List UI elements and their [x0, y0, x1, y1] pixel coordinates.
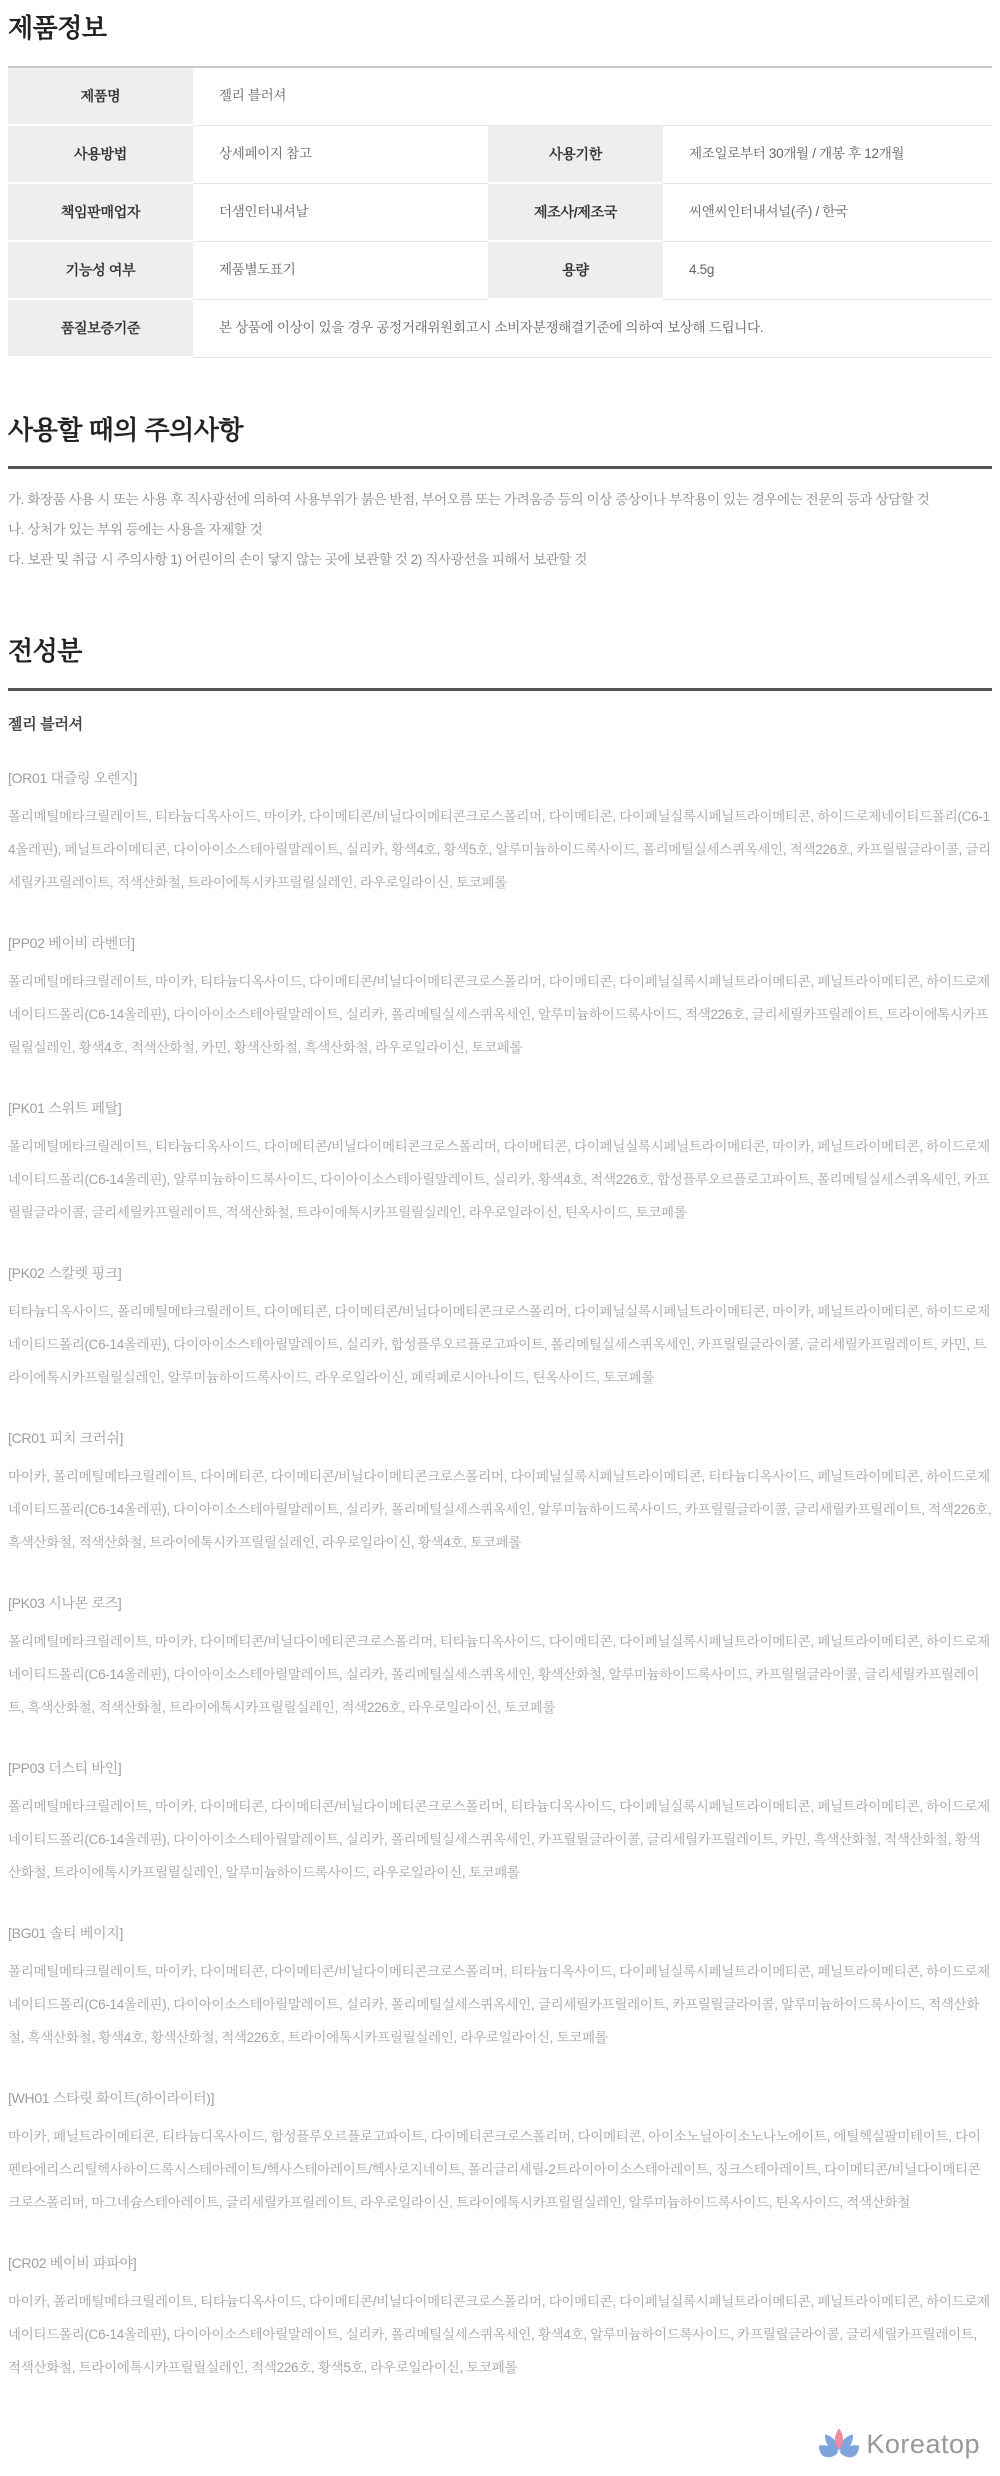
shade-ingredients: 폴리메틸메타크릴레이트, 마이카, 다이메티콘/비닐다이메티콘크로스폴리머, 티… — [8, 1625, 992, 1724]
shade-name: [PK03 시나몬 로즈] — [8, 1593, 992, 1613]
footer: Koreatop — [8, 2384, 992, 2476]
shade-name: [BG01 솔티 베이지] — [8, 1923, 992, 1943]
shade-block-cr01: [CR01 피치 크러쉬] 마이카, 폴리메틸메타크릴레이트, 다이메티콘, 다… — [8, 1428, 992, 1559]
ingredients-product-name: 젤리 블러셔 — [8, 713, 992, 734]
caution-text-block: 가. 화장품 사용 시 또는 사용 후 직사광선에 의하여 사용부위가 붉은 반… — [8, 485, 992, 575]
caution-line-2: 나. 상처가 있는 부위 등에는 사용을 자제할 것 — [8, 515, 992, 545]
shade-name: [CR01 피치 크러쉬] — [8, 1428, 992, 1448]
shade-block-pk03: [PK03 시나몬 로즈] 폴리메틸메타크릴레이트, 마이카, 다이메티콘/비닐… — [8, 1593, 992, 1724]
table-row-usage: 사용방법 상세페이지 참고 사용기한 제조일로부터 30개월 / 개봉 후 12… — [8, 126, 992, 184]
shade-block-wh01: [WH01 스타릿 화이트(하이라이터)] 마이카, 페닐트라이메티콘, 티타늄… — [8, 2088, 992, 2219]
table-row-warranty: 품질보증기준 본 상품에 이상이 있을 경우 공정거래위원회고시 소비자분쟁해결… — [8, 300, 992, 358]
row-value: 더샘인터내셔날 — [193, 184, 488, 242]
row-label: 제조사/제조국 — [488, 184, 663, 242]
shade-ingredients: 마이카, 폴리메틸메타크릴레이트, 다이메티콘, 다이메티콘/비닐다이메티콘크로… — [8, 1460, 992, 1559]
row-label: 사용기한 — [488, 126, 663, 184]
shade-ingredients: 폴리메틸메타크릴레이트, 마이카, 다이메티콘, 다이메티콘/비닐다이메티콘크로… — [8, 1955, 992, 2054]
section-divider — [8, 466, 992, 469]
row-label: 용량 — [488, 242, 663, 300]
shade-ingredients: 마이카, 폴리메틸메타크릴레이트, 티타늄디옥사이드, 다이메티콘/비닐다이메티… — [8, 2285, 992, 2384]
ingredients-title: 전성분 — [8, 635, 992, 669]
row-label: 책임판매업자 — [8, 184, 193, 242]
caution-title: 사용할 때의 주의사항 — [8, 414, 992, 448]
shade-ingredients: 폴리메틸메타크릴레이트, 티타늄디옥사이드, 마이카, 다이메티콘/비닐다이메티… — [8, 800, 992, 899]
shade-block-bg01: [BG01 솔티 베이지] 폴리메틸메타크릴레이트, 마이카, 다이메티콘, 다… — [8, 1923, 992, 2054]
row-value: 제품별도표기 — [193, 242, 488, 300]
brand-wordmark: Koreatop — [866, 2431, 980, 2458]
shade-block-or01: [OR01 대즐링 오렌지] 폴리메틸메타크릴레이트, 티타늄디옥사이드, 마이… — [8, 768, 992, 899]
lotus-logo-icon — [818, 2426, 860, 2462]
shade-block-pp02: [PP02 베이비 라벤더] 폴리메틸메타크릴레이트, 마이카, 티타늄디옥사이… — [8, 933, 992, 1064]
table-row-functional: 기능성 여부 제품별도표기 용량 4.5g — [8, 242, 992, 300]
shade-name: [CR02 베이비 파파야] — [8, 2253, 992, 2273]
shade-ingredients: 마이카, 페닐트라이메티콘, 티타늄디옥사이드, 합성플루오르플로고파이트, 다… — [8, 2120, 992, 2219]
shade-name: [PP03 더스티 바인] — [8, 1758, 992, 1778]
shade-ingredients: 폴리메틸메타크릴레이트, 티타늄디옥사이드, 다이메티콘/비닐다이메티콘크로스폴… — [8, 1130, 992, 1229]
row-label: 사용방법 — [8, 126, 193, 184]
product-detail-page: 제품정보 제품명 젤리 블러셔 사용방법 상세페이지 참고 사용기한 제조일로부… — [0, 0, 1000, 2476]
shade-name: [OR01 대즐링 오렌지] — [8, 768, 992, 788]
product-info-table: 제품명 젤리 블러셔 사용방법 상세페이지 참고 사용기한 제조일로부터 30개… — [8, 66, 992, 358]
ingredients-section: 전성분 젤리 블러셔 [OR01 대즐링 오렌지] 폴리메틸메타크릴레이트, 티… — [8, 635, 992, 2385]
shade-block-pp03: [PP03 더스티 바인] 폴리메틸메타크릴레이트, 마이카, 다이메티콘, 다… — [8, 1758, 992, 1889]
table-row-product-name: 제품명 젤리 블러셔 — [8, 68, 992, 126]
caution-section: 사용할 때의 주의사항 가. 화장품 사용 시 또는 사용 후 직사광선에 의하… — [8, 414, 992, 575]
row-value: 상세페이지 참고 — [193, 126, 488, 184]
shade-block-pk02: [PK02 스칼렛 핑크] 티타늄디옥사이드, 폴리메틸메타크릴레이트, 다이메… — [8, 1263, 992, 1394]
section-divider — [8, 688, 992, 691]
shade-block-pk01: [PK01 스위트 페탈] 폴리메틸메타크릴레이트, 티타늄디옥사이드, 다이메… — [8, 1098, 992, 1229]
product-info-title: 제품정보 — [8, 12, 992, 46]
shade-block-cr02: [CR02 베이비 파파야] 마이카, 폴리메틸메타크릴레이트, 티타늄디옥사이… — [8, 2253, 992, 2384]
row-value: 젤리 블러셔 — [193, 68, 992, 126]
caution-line-1: 가. 화장품 사용 시 또는 사용 후 직사광선에 의하여 사용부위가 붉은 반… — [8, 485, 992, 515]
shade-ingredients: 폴리메틸메타크릴레이트, 마이카, 다이메티콘, 다이메티콘/비닐다이메티콘크로… — [8, 1790, 992, 1889]
table-row-seller: 책임판매업자 더샘인터내셔날 제조사/제조국 씨앤씨인터내셔널(주) / 한국 — [8, 184, 992, 242]
row-value: 4.5g — [663, 242, 992, 300]
row-label: 기능성 여부 — [8, 242, 193, 300]
row-label: 품질보증기준 — [8, 300, 193, 358]
caution-line-3: 다. 보관 및 취급 시 주의사항 1) 어린이의 손이 닿지 않는 곳에 보관… — [8, 545, 992, 575]
shade-name: [WH01 스타릿 화이트(하이라이터)] — [8, 2088, 992, 2108]
row-value: 본 상품에 이상이 있을 경우 공정거래위원회고시 소비자분쟁해결기준에 의하여… — [193, 300, 992, 358]
shade-ingredients: 폴리메틸메타크릴레이트, 마이카, 티타늄디옥사이드, 다이메티콘/비닐다이메티… — [8, 965, 992, 1064]
product-info-section: 제품정보 제품명 젤리 블러셔 사용방법 상세페이지 참고 사용기한 제조일로부… — [8, 12, 992, 358]
shade-name: [PK01 스위트 페탈] — [8, 1098, 992, 1118]
shade-ingredients: 티타늄디옥사이드, 폴리메틸메타크릴레이트, 다이메티콘, 다이메티콘/비닐다이… — [8, 1295, 992, 1394]
shade-name: [PK02 스칼렛 핑크] — [8, 1263, 992, 1283]
row-label: 제품명 — [8, 68, 193, 126]
shade-name: [PP02 베이비 라벤더] — [8, 933, 992, 953]
row-value: 제조일로부터 30개월 / 개봉 후 12개월 — [663, 126, 992, 184]
row-value: 씨앤씨인터내셔널(주) / 한국 — [663, 184, 992, 242]
